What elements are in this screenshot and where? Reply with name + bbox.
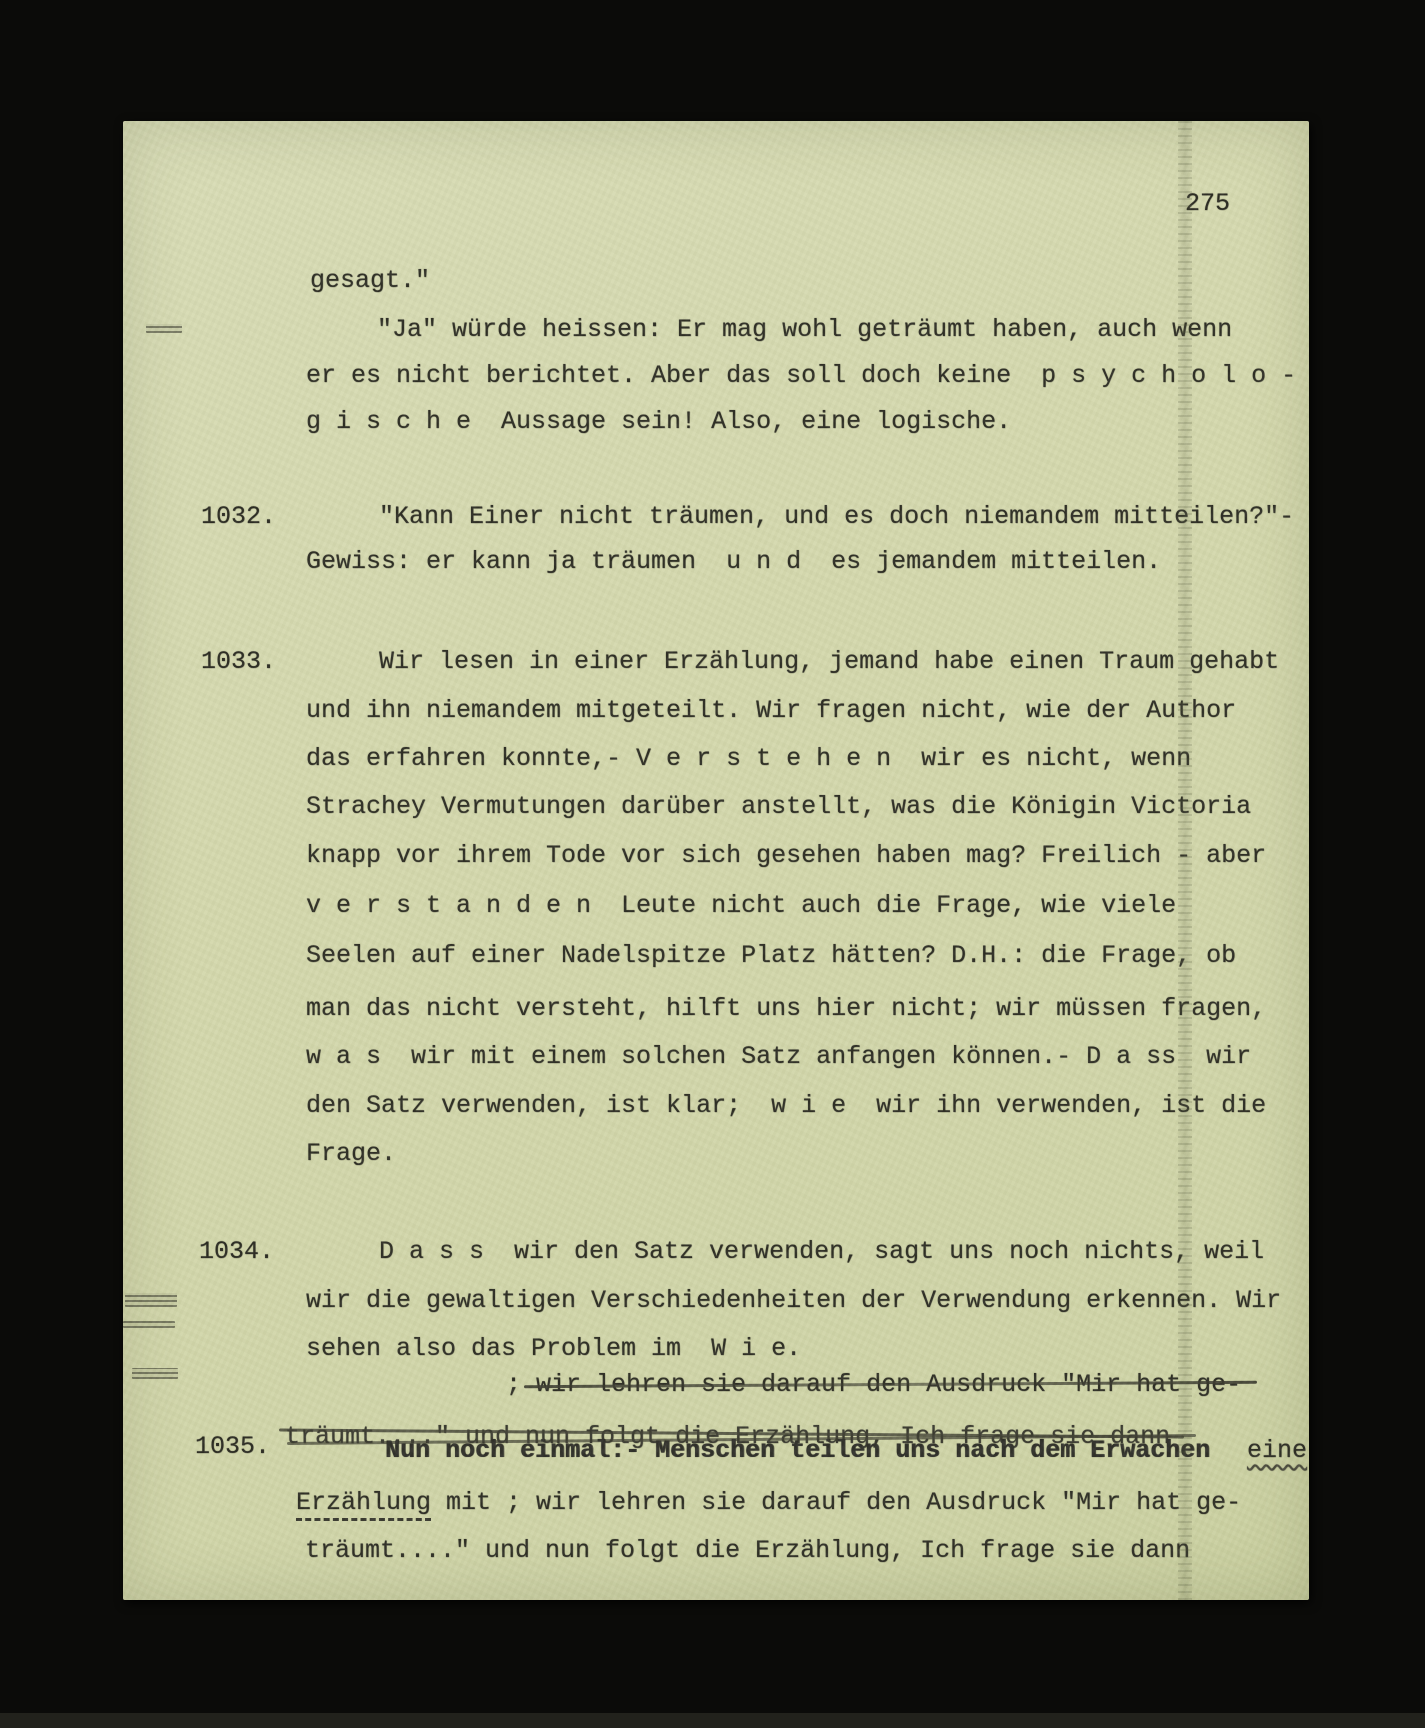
typed-line: Seelen auf einer Nadelspitze Platz hätte…: [306, 941, 1236, 971]
paragraph-number-1034: 1034.: [199, 1237, 274, 1267]
margin-dash-mark: [132, 1368, 178, 1379]
paragraph-number-1035: 1035.: [195, 1432, 270, 1462]
typed-line: D a s s wir den Satz verwenden, sagt uns…: [379, 1237, 1264, 1267]
manuscript-page: 275 gesagt." "Ja" würde heissen: Er mag …: [123, 121, 1309, 1600]
scan-background: { "scan": { "page_number": "275", "color…: [0, 0, 1425, 1728]
typed-line: man das nicht versteht, hilft uns hier n…: [306, 994, 1266, 1024]
typed-line: Wir lesen in einer Erzählung, jemand hab…: [379, 647, 1279, 677]
struck-text: wir lehren sie darauf den Ausdruck "Mir …: [536, 1370, 1241, 1400]
paragraph-number-1033: 1033.: [201, 647, 276, 677]
page-number: 275: [1185, 189, 1230, 219]
underlined-word: Erzählung: [296, 1488, 431, 1521]
typed-line: w a s wir mit einem solchen Satz anfange…: [306, 1042, 1251, 1072]
margin-dash-mark: [123, 1321, 175, 1328]
scanner-edge-strip: [0, 1713, 1425, 1728]
typed-line: er es nicht berichtet. Aber das soll doc…: [306, 361, 1296, 391]
typed-line: "Kann Einer nicht träumen, und es doch n…: [379, 502, 1294, 532]
typed-line: g i s c h e Aussage sein! Also, eine log…: [306, 407, 1011, 437]
typed-line: sehen also das Problem im W i e.: [306, 1334, 801, 1364]
typed-line: träumt...." und nun folgt die Erzählung,…: [305, 1536, 1190, 1566]
typed-line: wir die gewaltigen Verschiedenheiten der…: [306, 1286, 1281, 1316]
typed-line: "Ja" würde heissen: Er mag wohl geträumt…: [377, 315, 1232, 345]
typed-line: Frage.: [306, 1139, 396, 1169]
overtyped-line: Nun noch einmal:- Menschen teilen uns na…: [385, 1436, 1210, 1466]
strikethrough-insertion-line: ; wir lehren sie darauf den Ausdruck "Mi…: [506, 1370, 1241, 1400]
inserted-word: eine: [1247, 1436, 1307, 1466]
margin-dash-mark: [125, 1293, 177, 1307]
paragraph-number-1032: 1032.: [201, 502, 276, 532]
typed-line: Strachey Vermutungen darüber anstellt, w…: [306, 792, 1251, 822]
typed-line: Gewiss: er kann ja träumen u n d es jema…: [306, 547, 1161, 577]
typed-line: Erzählung mit ; wir lehren sie darauf de…: [296, 1488, 1241, 1518]
margin-dash-mark: [146, 324, 182, 333]
typed-line: den Satz verwenden, ist klar; w i e wir …: [306, 1091, 1266, 1121]
typed-line: knapp vor ihrem Tode vor sich gesehen ha…: [306, 841, 1266, 871]
typed-line: v e r s t a n d e n Leute nicht auch die…: [306, 891, 1176, 921]
typed-line: und ihn niemandem mitgeteilt. Wir fragen…: [306, 696, 1236, 726]
typed-line: das erfahren konnte,- V e r s t e h e n …: [306, 744, 1191, 774]
typed-line: gesagt.": [310, 266, 430, 296]
